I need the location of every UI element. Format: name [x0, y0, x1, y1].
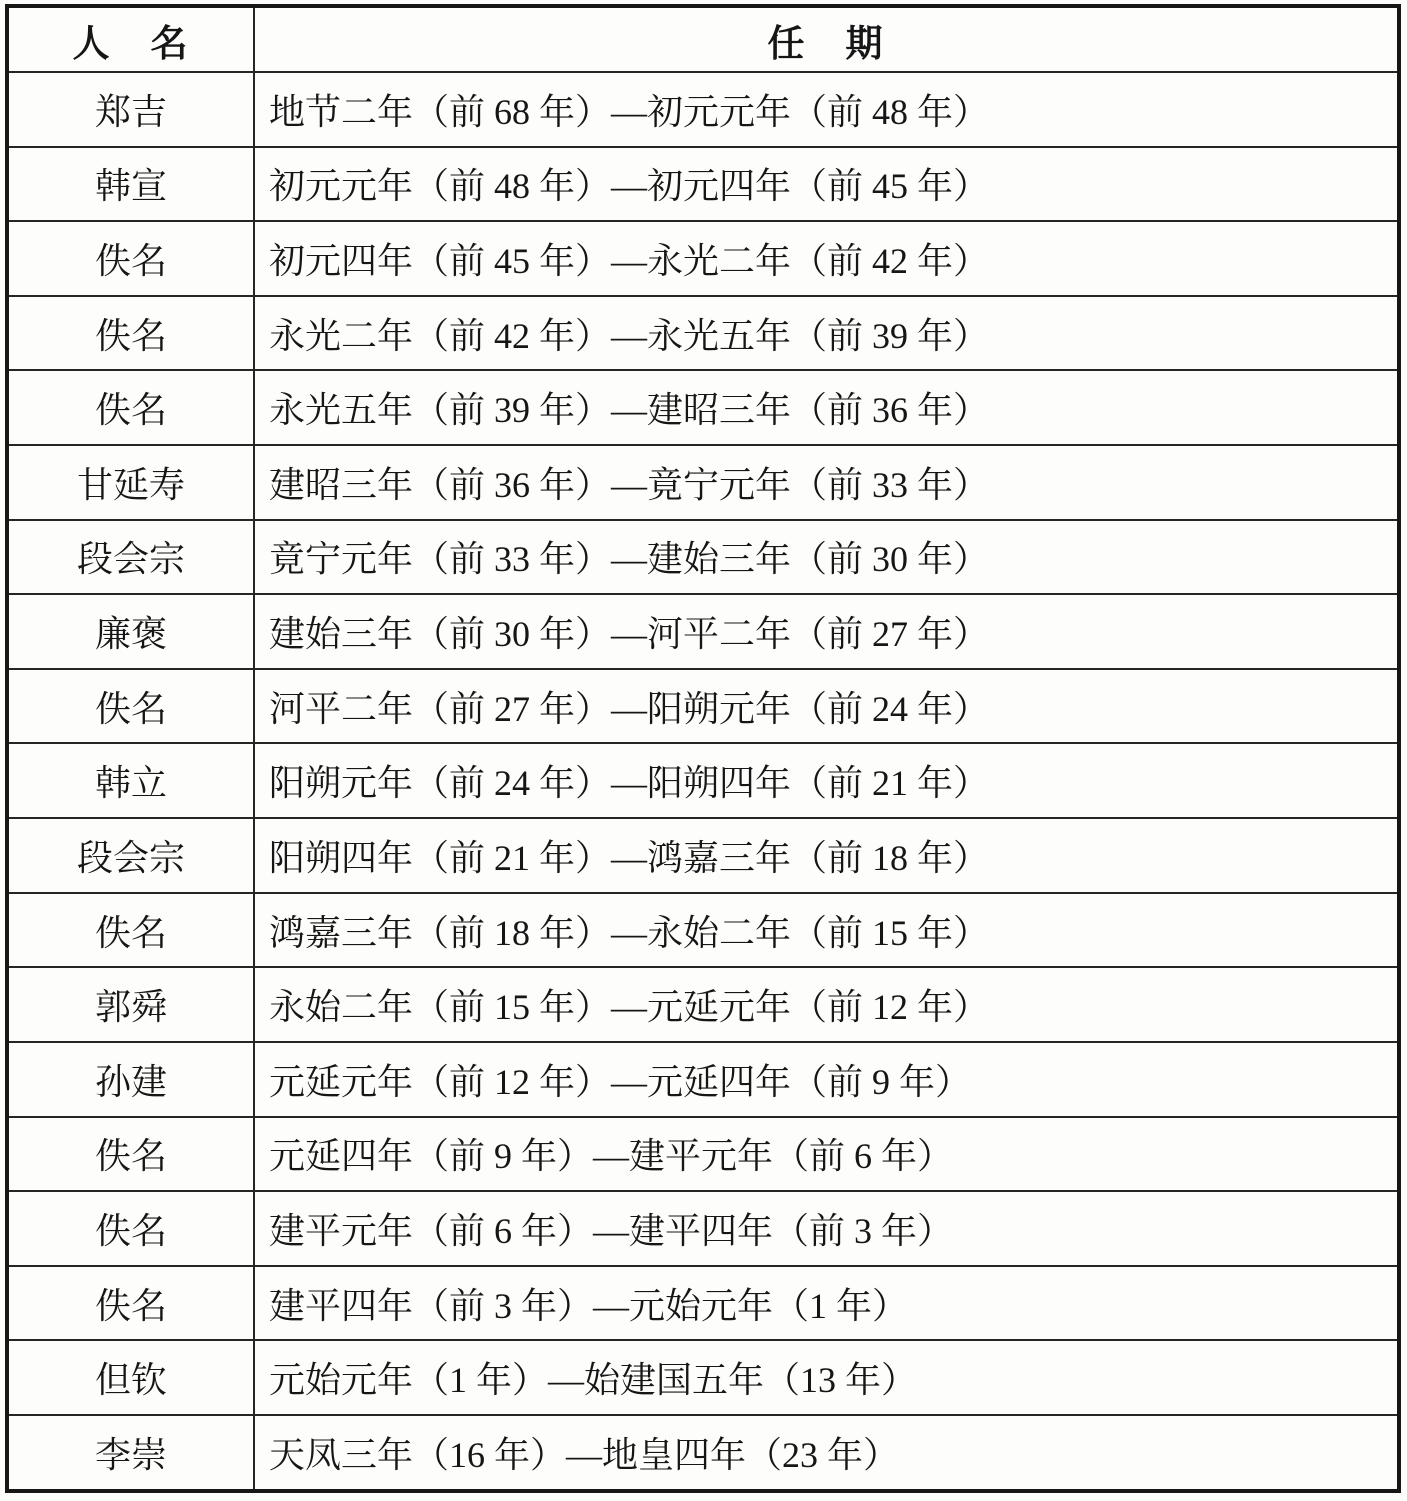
- term-cell: 地节二年（前 68 年）—初元元年（前 48 年）: [254, 72, 1399, 147]
- term-cell: 建平四年（前 3 年）—元始元年（1 年）: [254, 1266, 1399, 1341]
- person-name-cell: 段会宗: [7, 818, 254, 893]
- term-cell: 鸿嘉三年（前 18 年）—永始二年（前 15 年）: [254, 893, 1399, 968]
- table-row: 但钦 元始元年（1 年）—始建国五年（13 年）: [7, 1340, 1399, 1415]
- table-row: 佚名 河平二年（前 27 年）—阳朔元年（前 24 年）: [7, 669, 1399, 744]
- person-name-cell: 孙建: [7, 1042, 254, 1117]
- document-page: 人 名 任 期 郑吉 地节二年（前 68 年）—初元元年（前 48 年） 韩宣 …: [0, 0, 1407, 1501]
- term-cell: 竟宁元年（前 33 年）—建始三年（前 30 年）: [254, 520, 1399, 595]
- person-name-cell: 段会宗: [7, 520, 254, 595]
- table-row: 郭舜 永始二年（前 15 年）—元延元年（前 12 年）: [7, 967, 1399, 1042]
- term-cell: 天凤三年（16 年）—地皇四年（23 年）: [254, 1415, 1399, 1491]
- table-body: 郑吉 地节二年（前 68 年）—初元元年（前 48 年） 韩宣 初元元年（前 4…: [7, 72, 1399, 1491]
- officials-table: 人 名 任 期 郑吉 地节二年（前 68 年）—初元元年（前 48 年） 韩宣 …: [5, 4, 1401, 1493]
- term-cell: 永光二年（前 42 年）—永光五年（前 39 年）: [254, 296, 1399, 371]
- person-name-cell: 廉褒: [7, 594, 254, 669]
- person-name-cell: 佚名: [7, 1117, 254, 1192]
- person-name-cell: 佚名: [7, 893, 254, 968]
- column-header-term: 任 期: [254, 6, 1399, 72]
- term-cell: 元延元年（前 12 年）—元延四年（前 9 年）: [254, 1042, 1399, 1117]
- person-name-cell: 佚名: [7, 221, 254, 296]
- person-name-cell: 佚名: [7, 1266, 254, 1341]
- table-row: 韩宣 初元元年（前 48 年）—初元四年（前 45 年）: [7, 147, 1399, 222]
- term-cell: 建始三年（前 30 年）—河平二年（前 27 年）: [254, 594, 1399, 669]
- term-cell: 建平元年（前 6 年）—建平四年（前 3 年）: [254, 1191, 1399, 1266]
- term-cell: 河平二年（前 27 年）—阳朔元年（前 24 年）: [254, 669, 1399, 744]
- term-cell: 建昭三年（前 36 年）—竟宁元年（前 33 年）: [254, 445, 1399, 520]
- table-row: 韩立 阳朔元年（前 24 年）—阳朔四年（前 21 年）: [7, 743, 1399, 818]
- table-row: 甘延寿 建昭三年（前 36 年）—竟宁元年（前 33 年）: [7, 445, 1399, 520]
- term-cell: 元始元年（1 年）—始建国五年（13 年）: [254, 1340, 1399, 1415]
- table-row: 段会宗 阳朔四年（前 21 年）—鸿嘉三年（前 18 年）: [7, 818, 1399, 893]
- person-name-cell: 韩宣: [7, 147, 254, 222]
- table-row: 佚名 初元四年（前 45 年）—永光二年（前 42 年）: [7, 221, 1399, 296]
- table-row: 郑吉 地节二年（前 68 年）—初元元年（前 48 年）: [7, 72, 1399, 147]
- term-cell: 初元元年（前 48 年）—初元四年（前 45 年）: [254, 147, 1399, 222]
- person-name-cell: 甘延寿: [7, 445, 254, 520]
- table-row: 佚名 建平四年（前 3 年）—元始元年（1 年）: [7, 1266, 1399, 1341]
- term-cell: 元延四年（前 9 年）—建平元年（前 6 年）: [254, 1117, 1399, 1192]
- table-row: 佚名 鸿嘉三年（前 18 年）—永始二年（前 15 年）: [7, 893, 1399, 968]
- person-name-cell: 郑吉: [7, 72, 254, 147]
- table-row: 佚名 永光二年（前 42 年）—永光五年（前 39 年）: [7, 296, 1399, 371]
- person-name-cell: 韩立: [7, 743, 254, 818]
- person-name-cell: 郭舜: [7, 967, 254, 1042]
- person-name-cell: 佚名: [7, 1191, 254, 1266]
- person-name-cell: 佚名: [7, 669, 254, 744]
- table-row: 佚名 建平元年（前 6 年）—建平四年（前 3 年）: [7, 1191, 1399, 1266]
- table-row: 佚名 永光五年（前 39 年）—建昭三年（前 36 年）: [7, 370, 1399, 445]
- person-name-cell: 佚名: [7, 370, 254, 445]
- term-cell: 阳朔四年（前 21 年）—鸿嘉三年（前 18 年）: [254, 818, 1399, 893]
- header-row: 人 名 任 期: [7, 6, 1399, 72]
- term-cell: 初元四年（前 45 年）—永光二年（前 42 年）: [254, 221, 1399, 296]
- column-header-person-name: 人 名: [7, 6, 254, 72]
- table-row: 佚名 元延四年（前 9 年）—建平元年（前 6 年）: [7, 1117, 1399, 1192]
- term-cell: 永光五年（前 39 年）—建昭三年（前 36 年）: [254, 370, 1399, 445]
- table-row: 段会宗 竟宁元年（前 33 年）—建始三年（前 30 年）: [7, 520, 1399, 595]
- person-name-cell: 李崇: [7, 1415, 254, 1491]
- table-row: 廉褒 建始三年（前 30 年）—河平二年（前 27 年）: [7, 594, 1399, 669]
- term-cell: 永始二年（前 15 年）—元延元年（前 12 年）: [254, 967, 1399, 1042]
- person-name-cell: 但钦: [7, 1340, 254, 1415]
- table-row: 李崇 天凤三年（16 年）—地皇四年（23 年）: [7, 1415, 1399, 1491]
- table-row: 孙建 元延元年（前 12 年）—元延四年（前 9 年）: [7, 1042, 1399, 1117]
- person-name-cell: 佚名: [7, 296, 254, 371]
- term-cell: 阳朔元年（前 24 年）—阳朔四年（前 21 年）: [254, 743, 1399, 818]
